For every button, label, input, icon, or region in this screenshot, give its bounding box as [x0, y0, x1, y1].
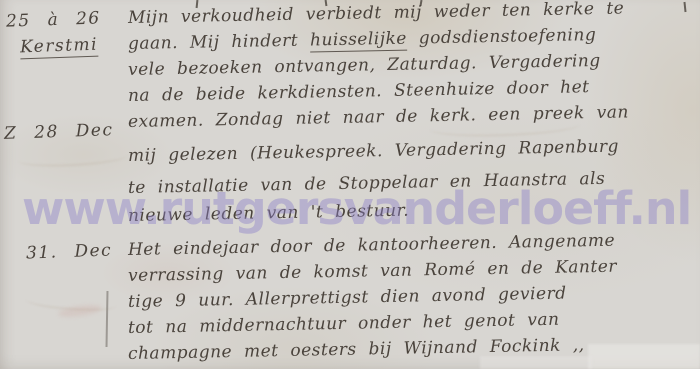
- underlined-word: Kerstmi: [20, 35, 99, 60]
- manuscript-page: 25 à 26 Kerstmi Z 28 Dec 31. Dec Mijn ve…: [0, 0, 700, 369]
- ink-stroke-fragment: [683, 2, 686, 12]
- manuscript-line: mij gelezen (Heukespreek. Vergadering Ra…: [128, 137, 619, 166]
- manuscript-line: na de beide kerkdiensten. Steenhuize doo…: [128, 77, 590, 106]
- margin-date-kerstmis: Kerstmi: [20, 35, 99, 58]
- bleed-through-stroke: [26, 293, 117, 313]
- scan-light-patch: [588, 344, 700, 369]
- manuscript-line: te installatie van de Stoppelaar en Haan…: [128, 169, 606, 198]
- margin-date-28-dec: Z 28 Dec: [4, 120, 114, 144]
- scan-light-patch: [480, 356, 592, 369]
- manuscript-line: nieuwe leden van 't bestuur.: [128, 201, 410, 226]
- manuscript-line: tige 9 uur. Allerprettigst dien avond ge…: [128, 284, 567, 312]
- line-text: gaan. Mij hindert: [128, 31, 310, 54]
- bleed-through-stroke: [18, 147, 129, 169]
- manuscript-line: Mijn verkoudheid verbiedt mij weder ten …: [128, 0, 625, 28]
- margin-date-31-dec: 31. Dec: [26, 241, 113, 264]
- pencil-margin-mark: [106, 291, 109, 347]
- manuscript-line: tot na middernachtuur onder het genot va…: [128, 310, 560, 338]
- manuscript-line: vele bezoeken ontvangen, Zaturdag. Verga…: [128, 51, 601, 80]
- underlined-word: huisselijke: [310, 29, 407, 53]
- margin-date-25-26: 25 à 26: [6, 8, 101, 31]
- line-text: godsdienstoefening: [407, 25, 597, 49]
- manuscript-line: Het eindejaar door de kantoorheeren. Aan…: [128, 231, 616, 260]
- manuscript-line: verrassing van de komst van Romé en de K…: [128, 257, 617, 286]
- manuscript-line: gaan. Mij hindert huisselijke godsdienst…: [128, 25, 597, 54]
